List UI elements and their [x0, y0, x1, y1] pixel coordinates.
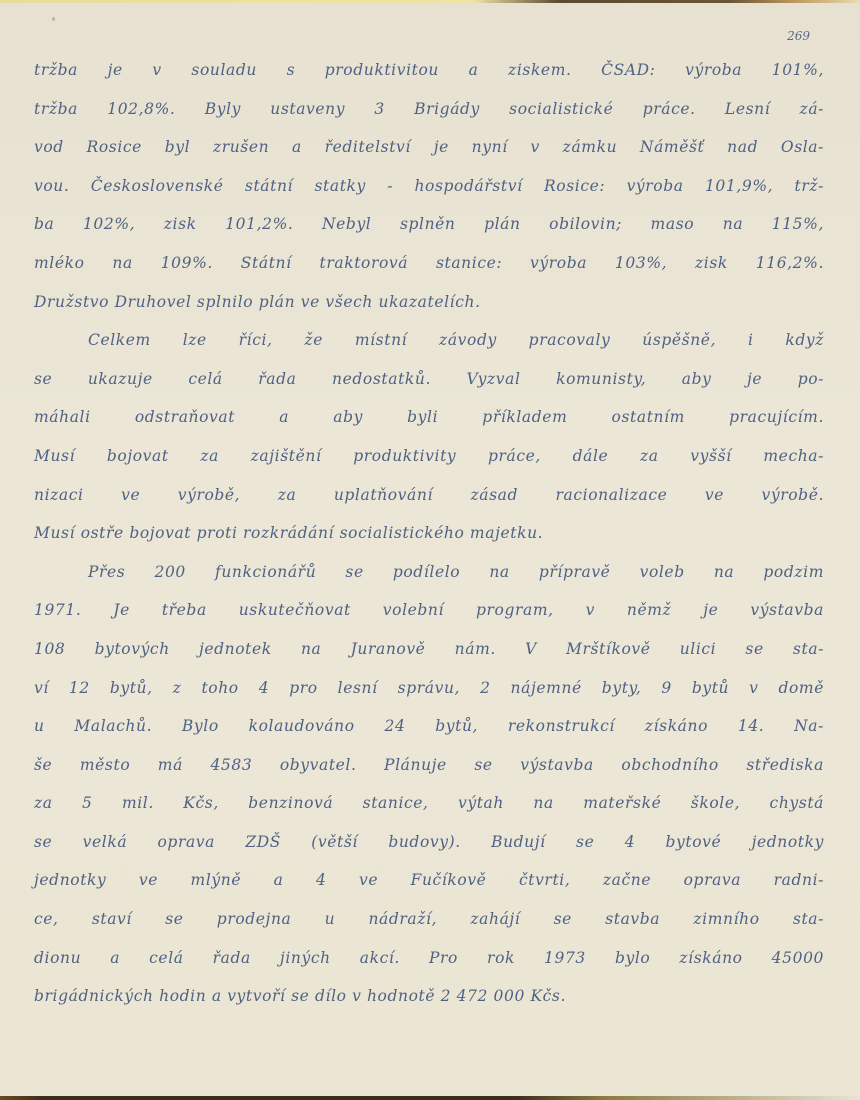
text-line: vou. Československé státní statky - hosp…	[34, 167, 824, 206]
text-line: tržba je v souladu s produktivitou a zis…	[34, 51, 824, 90]
text-line: jednotky ve mlýně a 4 ve Fučíkově čtvrti…	[34, 861, 824, 900]
text-line: ví 12 bytů, z toho 4 pro lesní správu, 2…	[34, 669, 824, 708]
text-line: mléko na 109%. Státní traktorová stanice…	[34, 244, 824, 283]
text-line: 108 bytových jednotek na Juranově nám. V…	[34, 630, 824, 669]
text-line: ce, staví se prodejna u nádraží, zahájí …	[34, 900, 824, 939]
text-line: Družstvo Druhovel splnilo plán ve všech …	[34, 283, 824, 322]
text-line: ba 102%, zisk 101,2%. Nebyl splněn plán …	[34, 205, 824, 244]
page-number: 269	[787, 29, 810, 43]
manuscript-page: 269 tržba je v souladu s produktivitou a…	[0, 3, 860, 1096]
text-line: se velká oprava ZDŠ (větší budovy). Budu…	[34, 823, 824, 862]
text-line: nizaci ve výrobě, za uplatňování zásad r…	[34, 476, 824, 515]
text-line: tržba 102,8%. Byly ustaveny 3 Brigády so…	[34, 90, 824, 129]
paragraph-3: Přes 200 funkcionářů se podílelo na příp…	[34, 553, 824, 1016]
text-line: Musí ostře bojovat proti rozkrádání soci…	[34, 514, 824, 553]
text-line: Celkem lze říci, že místní závody pracov…	[34, 321, 824, 360]
text-line: za 5 mil. Kčs, benzinová stanice, výtah …	[34, 784, 824, 823]
handwritten-text: tržba je v souladu s produktivitou a zis…	[34, 51, 824, 1016]
text-line: se ukazuje celá řada nedostatků. Vyzval …	[34, 360, 824, 399]
paragraph-1: tržba je v souladu s produktivitou a zis…	[34, 51, 824, 321]
paper-speck	[52, 17, 55, 21]
paragraph-2: Celkem lze říci, že místní závody pracov…	[34, 321, 824, 553]
text-line: u Malachů. Bylo kolaudováno 24 bytů, rek…	[34, 707, 824, 746]
text-line: máhali odstraňovat a aby byli příkladem …	[34, 398, 824, 437]
text-line: 1971. Je třeba uskutečňovat volební prog…	[34, 591, 824, 630]
text-line: vod Rosice byl zrušen a ředitelství je n…	[34, 128, 824, 167]
page-bottom-edge	[0, 1096, 860, 1100]
text-line: Přes 200 funkcionářů se podílelo na příp…	[34, 553, 824, 592]
text-line: še město má 4583 obyvatel. Plánuje se vý…	[34, 746, 824, 785]
text-line: dionu a celá řada jiných akcí. Pro rok 1…	[34, 939, 824, 978]
text-line: Musí bojovat za zajištění produktivity p…	[34, 437, 824, 476]
text-line: brigádnických hodin a vytvoří se dílo v …	[34, 977, 824, 1016]
